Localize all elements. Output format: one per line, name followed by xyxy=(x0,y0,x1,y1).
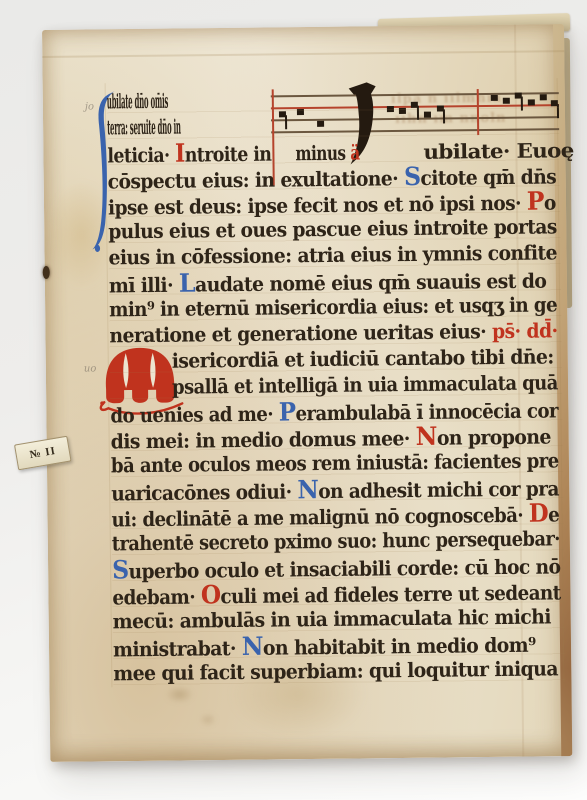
versal-initial: P xyxy=(279,396,296,427)
text-segment: terra: seruite dn̄o in xyxy=(107,116,181,140)
versal-initial: O xyxy=(201,579,221,610)
text-line: terra: seruite dn̄o in xyxy=(107,113,271,142)
versal-initial: D xyxy=(529,497,549,528)
text-segment: edebam· xyxy=(112,586,201,610)
pencil-note-mid: uo xyxy=(84,363,97,374)
manuscript-leaf: № II jo uo ılpa n ıılmnıa ııhn ım nnoln … xyxy=(42,24,572,762)
versal-initial: S xyxy=(404,161,421,192)
versal-initial: N xyxy=(242,631,263,662)
versal-initial: N xyxy=(297,474,318,505)
text-segment: isericordiā et iudiciū cantabo tibi dn̄e… xyxy=(172,346,554,373)
text-segment: minus xyxy=(295,142,350,166)
text-segment: mī illi· xyxy=(109,274,179,298)
stain xyxy=(165,686,193,702)
text-segment: e xyxy=(548,504,559,527)
versal-initial: L xyxy=(179,267,195,298)
versal-initial: P xyxy=(527,185,544,216)
versal-initial: I xyxy=(175,137,185,168)
text-block: ubilate dn̄o om̄isterra: seruite dn̄o in… xyxy=(107,84,566,689)
text-segment: o xyxy=(544,192,556,215)
versal-initial: N xyxy=(416,421,437,452)
text-segment: ubilate· Euoę xyxy=(424,139,574,164)
text-segment: ntroite in xyxy=(185,143,272,167)
text-line: mee qui facit superbiam: qui loquitur in… xyxy=(113,655,561,687)
text-segment: mee qui facit superbiam: qui loquitur in… xyxy=(113,658,558,686)
text-segment: neratione et generatione ueritas eius· xyxy=(109,320,492,347)
text-segment: ä xyxy=(350,142,360,165)
stain xyxy=(200,714,216,725)
text-segment: ps̄· dd̄· xyxy=(492,319,558,343)
tab-label: № II xyxy=(29,445,57,460)
text-line: ubilate dn̄o om̄is xyxy=(107,87,271,116)
text-segment: psallā et intelligā in uia immaculata qu… xyxy=(172,371,558,398)
text-segment: ministrabat· xyxy=(113,637,242,662)
text-segment: leticia· xyxy=(107,144,175,168)
edge-blemish xyxy=(43,266,50,279)
photo-backdrop: № II jo uo ılpa n ıılmnıa ııhn ım nnoln … xyxy=(0,0,587,800)
text-segment: on propone xyxy=(437,426,551,450)
collection-tab: № II xyxy=(14,436,72,471)
text-segment: ubilate dn̄o om̄is xyxy=(107,90,169,114)
versal-initial: S xyxy=(112,554,129,585)
